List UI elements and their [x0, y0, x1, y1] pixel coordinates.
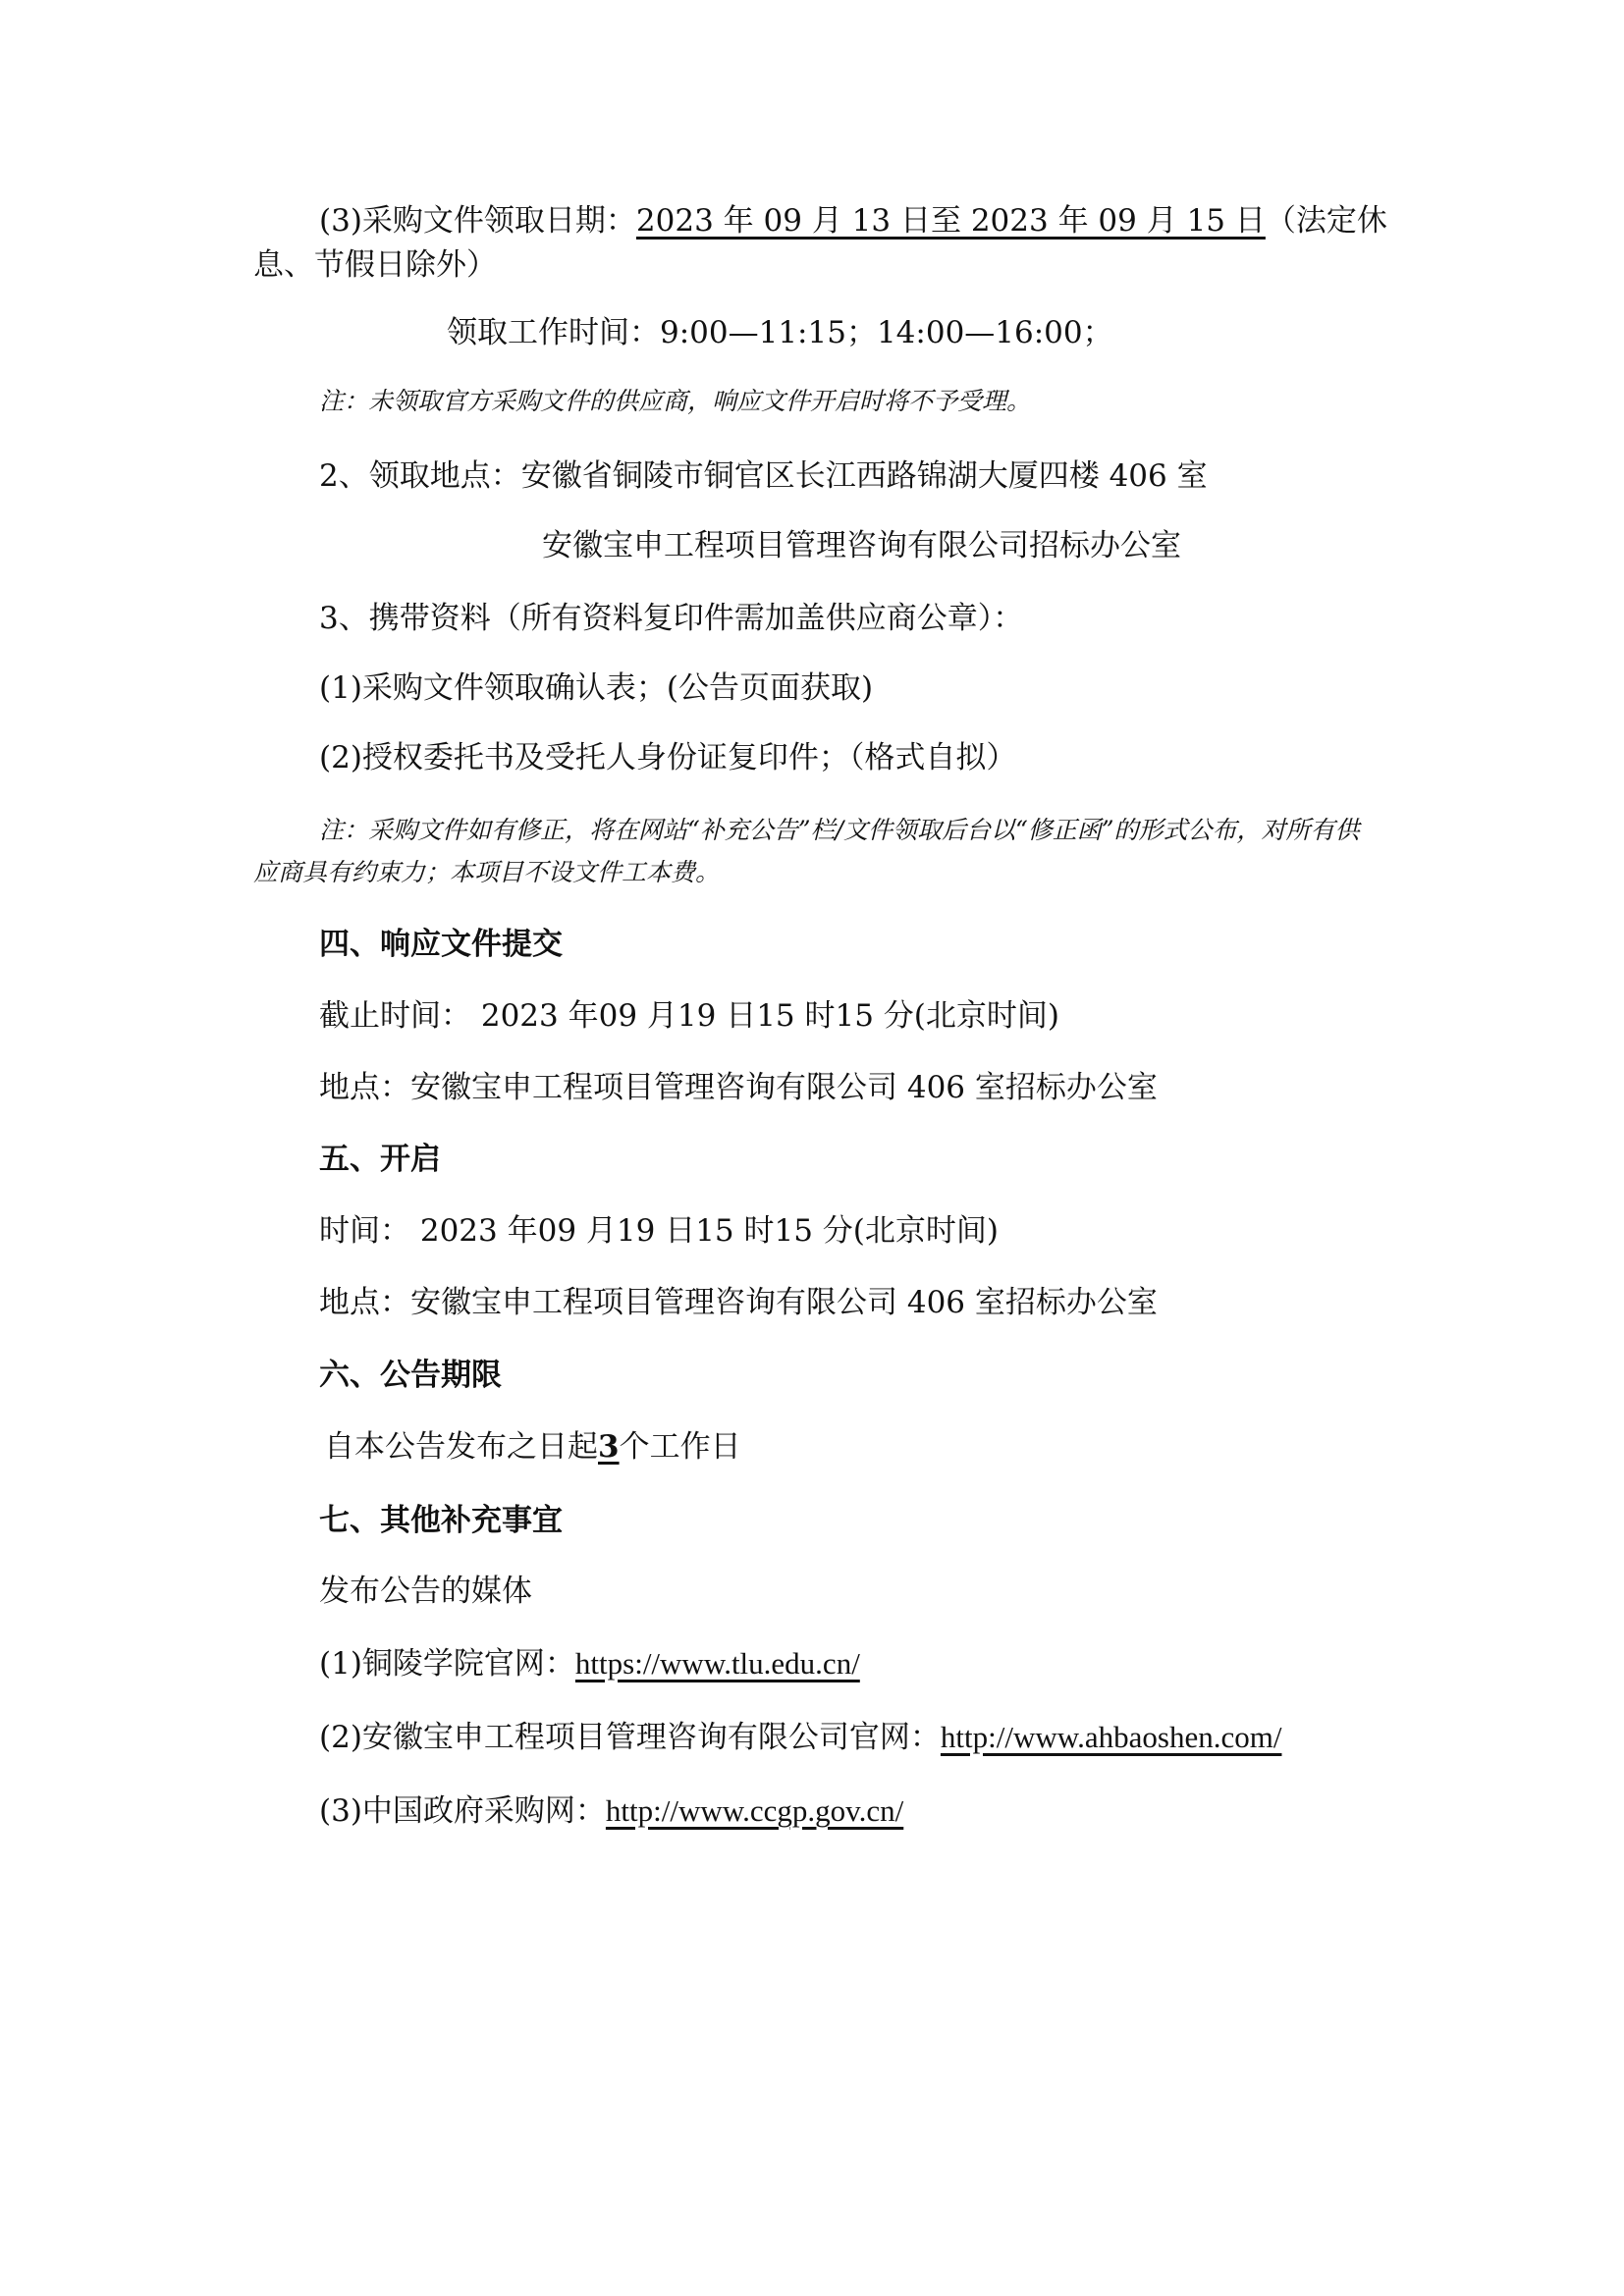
media-label: 发布公告的媒体: [319, 1572, 532, 1611]
note-amendment-line1: 注：采购文件如有修正，将在网站“补充公告”栏/文件领取后台以“修正函”的形式公布…: [319, 814, 1360, 847]
heading-period: 六、公告期限: [319, 1356, 502, 1395]
pickup-date-label: (3)采购文件领取日期：: [319, 203, 636, 239]
submission-deadline: 截止时间： 2023 年09 月19 日15 时15 分(北京时间): [319, 996, 1059, 1036]
heading-opening: 五、开启: [319, 1140, 441, 1179]
media-item-1-label: (1)铜陵学院官网：: [319, 1646, 575, 1682]
opening-location: 地点：安徽宝申工程项目管理咨询有限公司 406 室招标办公室: [319, 1283, 1158, 1322]
media-item-1: (1)铜陵学院官网：https://www.tlu.edu.cn/: [319, 1644, 860, 1683]
pickup-hours: 领取工作时间：9:00—11:15；14:00—16:00；: [447, 313, 1113, 352]
pickup-date-continuation: 息、节假日除外）: [253, 245, 497, 285]
materials-item-1: (1)采购文件领取确认表；(公告页面获取): [319, 668, 873, 708]
opening-time: 时间： 2023 年09 月19 日15 时15 分(北京时间): [319, 1211, 999, 1251]
pickup-location: 2、领取地点：安徽省铜陵市铜官区长江西路锦湖大厦四楼 406 室: [319, 456, 1208, 496]
period-text-before: 自本公告发布之日起: [324, 1429, 598, 1465]
pickup-date-line: (3)采购文件领取日期：2023 年 09 月 13 日至 2023 年 09 …: [319, 201, 1387, 240]
pickup-date-suffix: （法定休: [1266, 203, 1387, 239]
media-item-3: (3)中国政府采购网：http://www.ccgp.gov.cn/: [319, 1791, 903, 1831]
note-amendment-line2: 应商具有约束力；本项目不设文件工本费。: [253, 856, 720, 889]
heading-submission: 四、响应文件提交: [319, 925, 563, 964]
period-days: 3: [598, 1429, 620, 1465]
media-link-ahbaoshen[interactable]: http://www.ahbaoshen.com/: [941, 1720, 1282, 1754]
pickup-office: 安徽宝申工程项目管理咨询有限公司招标办公室: [542, 526, 1181, 565]
media-link-ccgp[interactable]: http://www.ccgp.gov.cn/: [606, 1793, 903, 1828]
media-item-2-label: (2)安徽宝申工程项目管理咨询有限公司官网：: [319, 1720, 941, 1755]
materials-item-2: (2)授权委托书及受托人身份证复印件；（格式自拟）: [319, 738, 1016, 777]
media-link-tlu[interactable]: https://www.tlu.edu.cn/: [575, 1646, 860, 1681]
note-unclaimed: 注：未领取官方采购文件的供应商，响应文件开启时将不予受理。: [319, 385, 1031, 418]
period-text: 自本公告发布之日起3个工作日: [324, 1427, 741, 1467]
heading-other: 七、其他补充事宜: [319, 1501, 563, 1540]
pickup-date-range: 2023 年 09 月 13 日至 2023 年 09 月 15 日: [636, 203, 1266, 239]
submission-location: 地点：安徽宝申工程项目管理咨询有限公司 406 室招标办公室: [319, 1068, 1158, 1107]
media-item-2: (2)安徽宝申工程项目管理咨询有限公司官网：http://www.ahbaosh…: [319, 1718, 1281, 1757]
media-item-3-label: (3)中国政府采购网：: [319, 1793, 606, 1829]
period-text-after: 个工作日: [620, 1429, 741, 1465]
materials-title: 3、携带资料（所有资料复印件需加盖供应商公章）：: [319, 599, 1023, 638]
